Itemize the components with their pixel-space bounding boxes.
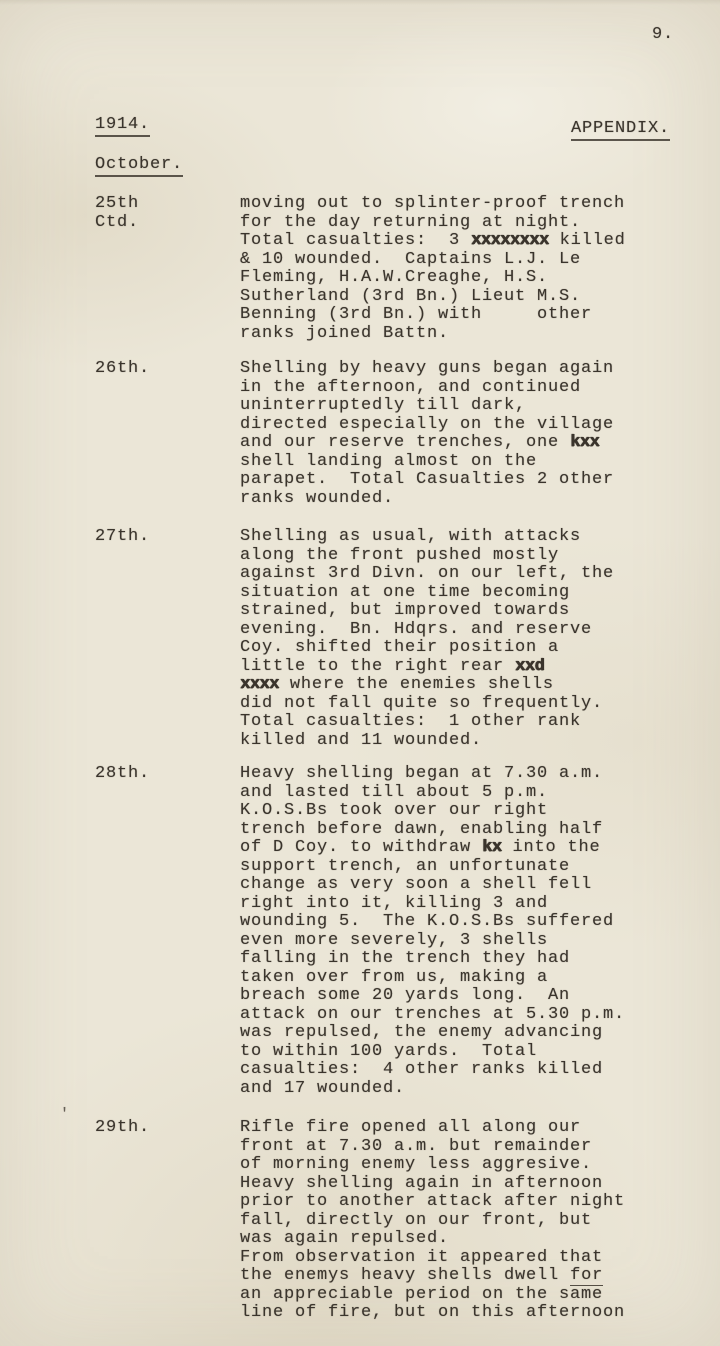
entry-line: parapet. Total Casualties 2 other — [240, 471, 614, 490]
entry-line: fall, directly on our front, but — [240, 1212, 625, 1231]
entry-text: Heavy shelling began at 7.30 a.m.and las… — [240, 765, 625, 1098]
entry-date: 25thCtd. — [95, 195, 240, 232]
entry-text: moving out to splinter-proof trenchfor t… — [240, 195, 626, 343]
entry-line: strained, but improved towards — [240, 602, 614, 621]
entry-line: Coy. shifted their position a — [240, 639, 614, 658]
entry-line: Shelling as usual, with attacks — [240, 528, 614, 547]
entry-line: moving out to splinter-proof trench — [240, 195, 626, 214]
diary-entry: 29th.Rifle fire opened all along ourfron… — [95, 1119, 625, 1323]
entry-line: situation at one time becoming — [240, 584, 614, 603]
entry-line: attack on our trenches at 5.30 p.m. — [240, 1006, 625, 1025]
entry-line: in the afternoon, and continued — [240, 379, 614, 398]
entry-line: uninterruptedly till dark, — [240, 397, 614, 416]
entry-line: trench before dawn, enabling half — [240, 821, 625, 840]
diary-entry: 25thCtd.moving out to splinter-proof tre… — [95, 195, 626, 343]
entry-line: ranks joined Battn. — [240, 325, 626, 344]
entry-date: 27th. — [95, 528, 240, 547]
entry-line: support trench, an unfortunate — [240, 858, 625, 877]
entry-line: evening. Bn. Hdqrs. and reserve — [240, 621, 614, 640]
entry-text: Shelling as usual, with attacksalong the… — [240, 528, 614, 750]
document-page: 9. 1914. APPENDIX. October. ' 25thCtd.mo… — [0, 0, 720, 1346]
entry-date: 28th. — [95, 765, 240, 784]
entry-line: ranks wounded. — [240, 490, 614, 509]
entry-line: Total casualties: 1 other rank — [240, 713, 614, 732]
entry-text: Shelling by heavy guns began againin the… — [240, 360, 614, 508]
entry-line: and our reserve trenches, one kxx — [240, 434, 614, 453]
entry-line: & 10 wounded. Captains L.J. Le — [240, 251, 626, 270]
entry-line: front at 7.30 a.m. but remainder — [240, 1138, 625, 1157]
diary-entry: 26th.Shelling by heavy guns began againi… — [95, 360, 614, 508]
entry-line: From observation it appeared that — [240, 1249, 625, 1268]
entry-line: falling in the trench they had — [240, 950, 625, 969]
entry-line: for the day returning at night. — [240, 214, 626, 233]
entry-line: killed and 11 wounded. — [240, 732, 614, 751]
entry-line: Benning (3rd Bn.) with other — [240, 306, 626, 325]
entry-line: directed especially on the village — [240, 416, 614, 435]
entry-line: Heavy shelling began at 7.30 a.m. — [240, 765, 625, 784]
entry-line: prior to another attack after night — [240, 1193, 625, 1212]
entry-line: K.O.S.Bs took over our right — [240, 802, 625, 821]
entry-line: even more severely, 3 shells — [240, 932, 625, 951]
entry-line: little to the right rear xxd — [240, 658, 614, 677]
entry-line: the enemys heavy shells dwell for — [240, 1267, 625, 1286]
entry-line: line of fire, but on this afternoon — [240, 1304, 625, 1323]
entry-line: an appreciable period on the same — [240, 1286, 625, 1305]
entry-line: and 17 wounded. — [240, 1080, 625, 1099]
entry-line: was repulsed, the enemy advancing — [240, 1024, 625, 1043]
entry-line: shell landing almost on the — [240, 453, 614, 472]
entry-line: change as very soon a shell fell — [240, 876, 625, 895]
entry-line: along the front pushed mostly — [240, 547, 614, 566]
entry-line: xxxx where the enemies shells — [240, 676, 614, 695]
entry-text: Rifle fire opened all along ourfront at … — [240, 1119, 625, 1323]
entry-line: Fleming, H.A.W.Creaghe, H.S. — [240, 269, 626, 288]
entry-line: to within 100 yards. Total — [240, 1043, 625, 1062]
entry-line: taken over from us, making a — [240, 969, 625, 988]
entry-line: against 3rd Divn. on our left, the — [240, 565, 614, 584]
entry-date: 29th. — [95, 1119, 240, 1138]
entry-line: right into it, killing 3 and — [240, 895, 625, 914]
diary-entry: 28th.Heavy shelling began at 7.30 a.m.an… — [95, 765, 625, 1098]
entries: 25thCtd.moving out to splinter-proof tre… — [0, 0, 720, 1346]
entry-line: Heavy shelling again in afternoon — [240, 1175, 625, 1194]
entry-line: did not fall quite so frequently. — [240, 695, 614, 714]
entry-line: wounding 5. The K.O.S.Bs suffered — [240, 913, 625, 932]
entry-line: breach some 20 yards long. An — [240, 987, 625, 1006]
entry-line: Sutherland (3rd Bn.) Lieut M.S. — [240, 288, 626, 307]
entry-line: Total casualties: 3 xxxxxxxx killed — [240, 232, 626, 251]
diary-entry: 27th.Shelling as usual, with attacksalon… — [95, 528, 614, 750]
entry-line: Rifle fire opened all along our — [240, 1119, 625, 1138]
entry-line: casualties: 4 other ranks killed — [240, 1061, 625, 1080]
entry-date: 26th. — [95, 360, 240, 379]
entry-line: Shelling by heavy guns began again — [240, 360, 614, 379]
entry-line: of D Coy. to withdraw kx into the — [240, 839, 625, 858]
entry-line: was again repulsed. — [240, 1230, 625, 1249]
entry-line: and lasted till about 5 p.m. — [240, 784, 625, 803]
entry-line: of morning enemy less aggresive. — [240, 1156, 625, 1175]
